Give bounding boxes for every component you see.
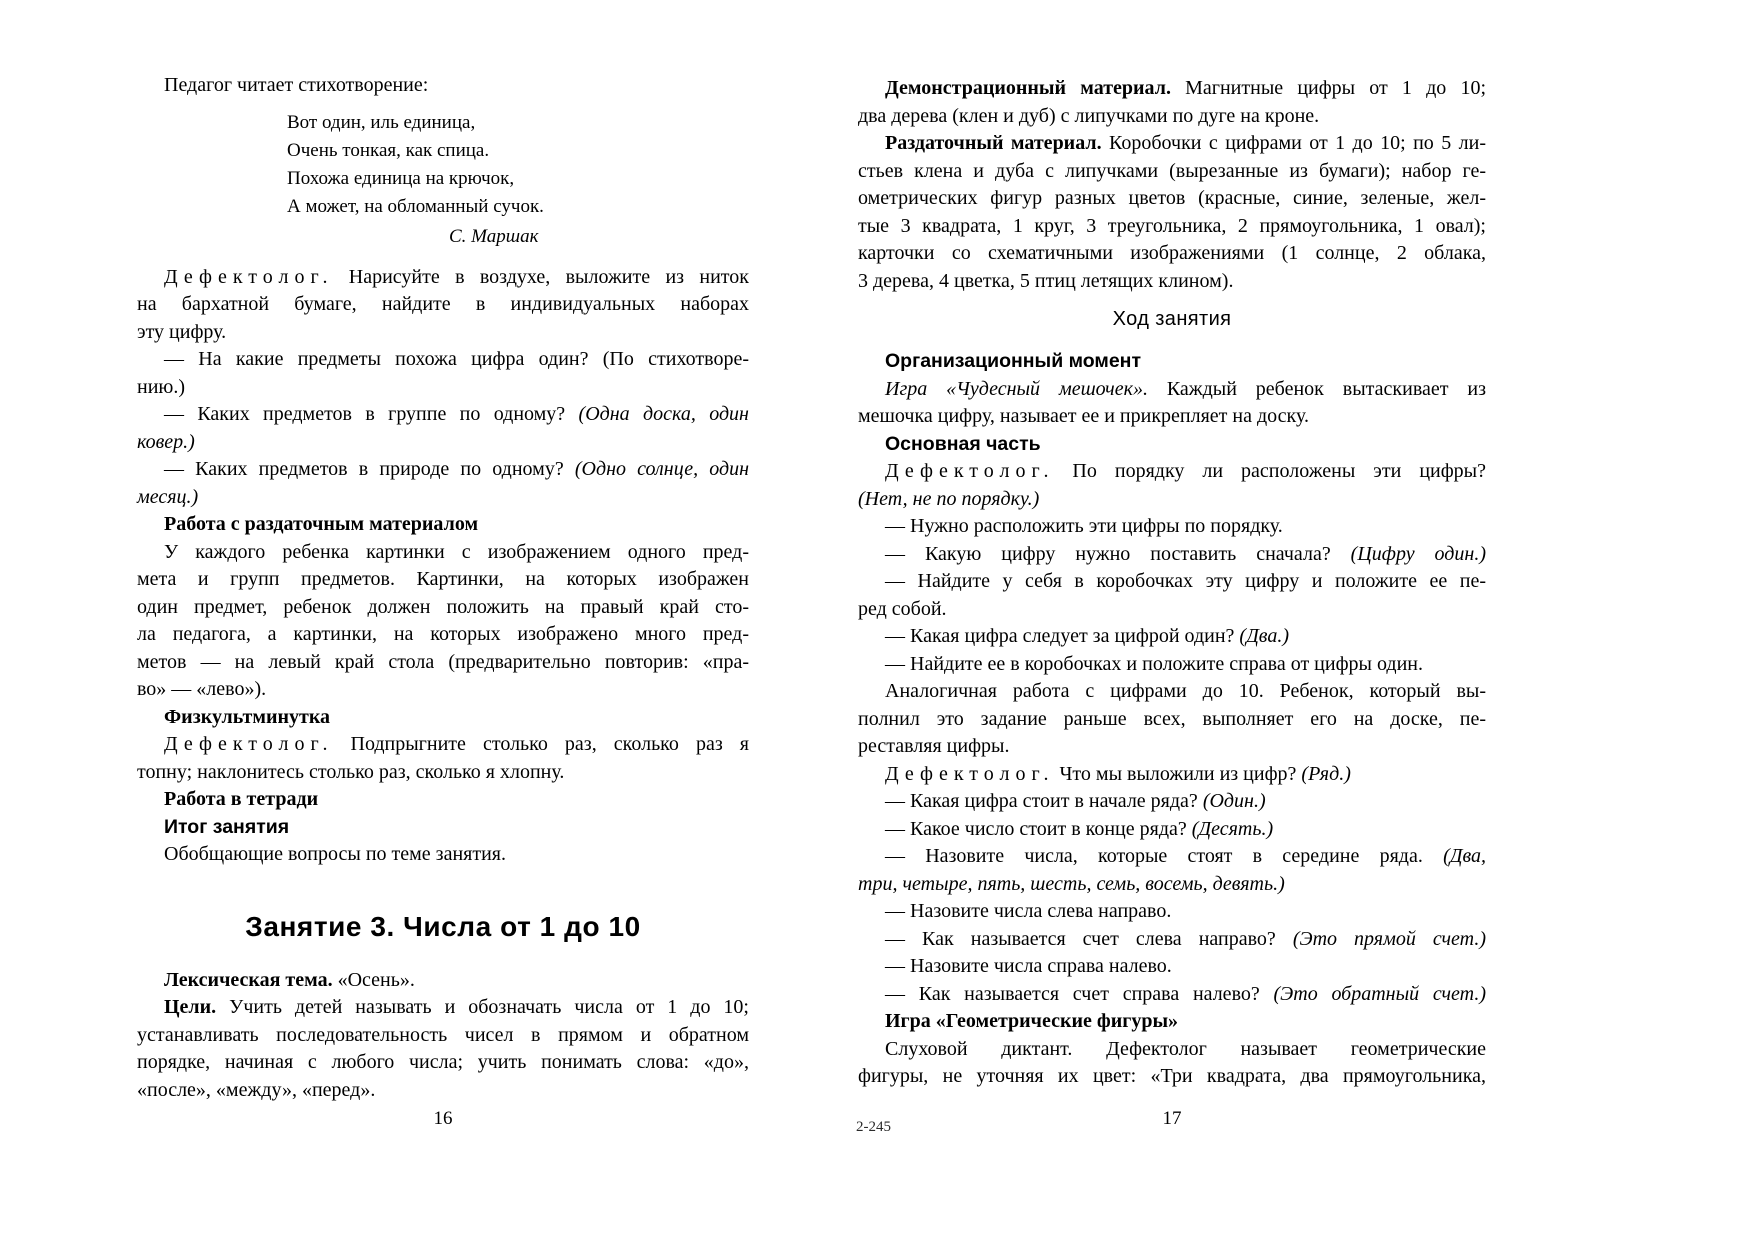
text-run: Учить детей называть и обозначать числа … [216,996,749,1018]
text-line: — Как называется счет справа налево? (Эт… [858,981,1486,1009]
speaker-label: Дефектолог. [164,266,333,288]
text-line: — Найдите у себя в коробочках эту цифру … [858,568,1486,596]
italic-run: (Цифру один.) [1351,543,1486,565]
text-line: топну; наклонитесь столько раз, сколько … [137,759,749,787]
poem-line: Похожа единица на крючок, [287,165,749,193]
text-line: реставляя цифры. [858,733,1486,761]
text-run: два дерева (клен и дуб) с липучками по д… [858,105,1319,127]
text-run: устанавливать последовательность чисел в… [137,1024,749,1046]
text-line: на бархатной бумаге, найдите в индивидуа… [137,291,749,319]
text-line: Аналогичная работа с цифрами до 10. Ребе… [858,678,1486,706]
text-line: Демонстрационный материал. Магнитные циф… [858,75,1486,103]
text-line: карточки со схематичными изображениями (… [858,240,1486,268]
text-line: — Какое число стоит в конце ряда? (Десят… [858,816,1486,844]
heading-run: Итог занятия [164,816,289,838]
text-line: Дефектолог. Подпрыгните столько раз, ско… [137,731,749,759]
text-run: Магнитные цифры от 1 до 10; [1171,77,1486,99]
lesson-title: Занятие 3. Числа от 1 до 10 [137,911,749,943]
text-run: — Назовите числа слева направо. [885,900,1171,922]
speaker-label: Дефектолог. [164,733,333,755]
page-number-left: 16 [137,1108,749,1130]
italic-run: (Два, [1443,845,1486,867]
text-run: Каждый ребенок вытаскивает из [1148,378,1486,400]
text-run: 3 дерева, 4 цветка, 5 птиц летящих клино… [858,270,1233,292]
text-run: полнил это задание раньше всех, выполняе… [858,708,1486,730]
text-run: — Каких предметов в группе по одному? [164,403,579,425]
text-run: Обобщающие вопросы по теме занятия. [164,843,506,865]
text-run: тые 3 квадрата, 1 круг, 3 треугольника, … [858,215,1486,237]
page-number-right: 17 [858,1108,1486,1130]
text-line: — Назовите числа справа налево. [858,953,1486,981]
italic-run: (Нет, не по порядку.) [858,488,1039,510]
italic-run: (Это обратный счет.) [1274,983,1487,1005]
text-line: фигуры, не уточняя их цвет: «Три квадрат… [858,1063,1486,1091]
poem: Вот один, иль единица,Очень тонкая, как … [287,109,749,251]
text-line: — Как называется счет слева направо? (Эт… [858,926,1486,954]
text-run: — Назовите числа справа налево. [885,955,1172,977]
text-line: ла педагога, а картинки, на которых изоб… [137,621,749,649]
text-line: Раздаточный материал. Коробочки с цифрам… [858,130,1486,158]
text-line: мета и групп предметов. Картинки, на кот… [137,566,749,594]
text-run: эту цифру. [137,321,226,343]
text-line: Работа с раздаточным материалом [137,511,749,539]
text-run: нию.) [137,376,185,398]
heading-run: Лексическая тема. [164,969,333,991]
text-run: один предмет, ребенок должен положить на… [137,596,749,618]
text-line: порядке, начиная с любого числа; учить п… [137,1049,749,1077]
text-run: топну; наклонитесь столько раз, сколько … [137,761,564,783]
text-line: ред собой. [858,596,1486,624]
heading-run: Игра «Геометрические фигуры» [885,1010,1178,1032]
text-line: стьев клена и дуба с липучками (вырезанн… [858,158,1486,186]
text-line: нию.) [137,374,749,402]
text-run: «после», «между», «перед». [137,1079,375,1101]
italic-run: месяц.) [137,486,198,508]
heading-run: Организационный момент [885,350,1141,372]
text-line: 3 дерева, 4 цветка, 5 птиц летящих клино… [858,268,1486,296]
text-line: Слуховой диктант. Дефектолог называет ге… [858,1036,1486,1064]
text-line: один предмет, ребенок должен положить на… [137,594,749,622]
text-line: — Каких предметов в группе по одному? (О… [137,401,749,429]
text-run: — Найдите у себя в коробочках эту цифру … [885,570,1486,592]
text-line: — Какую цифру нужно поставить сначала? (… [858,541,1486,569]
heading-run: Работа в тетради [164,788,318,810]
text-line: ковер.) [137,429,749,457]
speaker-label: Дефектолог. [885,763,1054,785]
text-line: Игра «Чудесный мешочек». Каждый ребенок … [858,376,1486,404]
text-line: Обобщающие вопросы по теме занятия. [137,841,749,869]
text-run: — Каких предметов в природе по одному? [164,458,575,480]
text-line: (Нет, не по порядку.) [858,486,1486,514]
text-line: Лексическая тема. «Осень». [137,967,749,995]
heading-run: Физкультминутка [164,706,330,728]
text-line: — Каких предметов в природе по одному? (… [137,456,749,484]
italic-run: три, четыре, пять, шесть, семь, восемь, … [858,873,1285,895]
text-run: мешочка цифру, называет ее и прикрепляет… [858,405,1309,427]
text-run: во» — «лево»). [137,678,266,700]
text-run: Подпрыгните столько раз, сколько раз я [333,733,749,755]
heading-run: Работа с раздаточным материалом [164,513,478,535]
italic-run: Игра «Чудесный мешочек». [885,378,1148,400]
heading-run: Демонстрационный материал. [885,77,1171,99]
italic-run: (Десять.) [1192,818,1273,840]
text-line: мешочка цифру, называет ее и прикрепляет… [858,403,1486,431]
text-line: — На какие предметы похожа цифра один? (… [137,346,749,374]
text-line: Игра «Геометрические фигуры» [858,1008,1486,1036]
text-line: Дефектолог. Что мы выложили из цифр? (Ря… [858,761,1486,789]
text-run: — Нужно расположить эти цифры по порядку… [885,515,1283,537]
poem-line: А может, на обломанный сучок. [287,193,749,221]
text-line: У каждого ребенка картинки с изображение… [137,539,749,567]
heading-run: Раздаточный материал. [885,132,1102,154]
text-line: Основная часть [858,431,1486,459]
text-line: полнил это задание раньше всех, выполняе… [858,706,1486,734]
text-run: Нарисуйте в воздухе, выложите из ниток [333,266,749,288]
text-run: — Какую цифру нужно поставить сначала? [885,543,1351,565]
text-run: Слуховой диктант. Дефектолог называет ге… [885,1038,1486,1060]
text-line: Организационный момент [858,348,1486,376]
text-line: три, четыре, пять, шесть, семь, восемь, … [858,871,1486,899]
text-line: «после», «между», «перед». [137,1077,749,1105]
poem-line: Очень тонкая, как спица. [287,137,749,165]
text-line: тые 3 квадрата, 1 круг, 3 треугольника, … [858,213,1486,241]
text-run: — Как называется счет слева направо? [885,928,1293,950]
text-line: — Какая цифра стоит в начале ряда? (Один… [858,788,1486,816]
text-run: По порядку ли расположены эти цифры? [1054,460,1486,482]
italic-run: (Два.) [1239,625,1289,647]
text-line: — Нужно расположить эти цифры по порядку… [858,513,1486,541]
text-line: Цели. Учить детей называть и обозначать … [137,994,749,1022]
text-run: У каждого ребенка картинки с изображение… [164,541,749,563]
text-run: на бархатной бумаге, найдите в индивидуа… [137,293,749,315]
text-run: реставляя цифры. [858,735,1009,757]
text-run: ла педагога, а картинки, на которых изоб… [137,623,749,645]
italic-run: (Одна доска, один [579,403,749,425]
text-run: порядке, начиная с любого числа; учить п… [137,1051,749,1073]
text-line: — Какая цифра следует за цифрой один? (Д… [858,623,1486,651]
text-line: ометрических фигур разных цветов (красны… [858,185,1486,213]
poem-attribution: С. Маршак [449,223,749,251]
text-line: Физкультминутка [137,704,749,732]
text-run: — Как называется счет справа налево? [885,983,1274,1005]
italic-run: (Один.) [1203,790,1266,812]
heading-run: Основная часть [885,433,1041,455]
text-run: — Какое число стоит в конце ряда? [885,818,1192,840]
text-run: стьев клена и дуба с липучками (вырезанн… [858,160,1486,182]
heading-run: Цели. [164,996,216,1018]
print-signature: 2-245 [856,1119,891,1136]
text-run: «Осень». [333,969,415,991]
text-line: — Назовите числа слева направо. [858,898,1486,926]
text-line: — Найдите ее в коробочках и положите спр… [858,651,1486,679]
text-run: фигуры, не уточняя их цвет: «Три квадрат… [858,1065,1486,1087]
page-left-text: Педагог читает стихотворение:Вот один, и… [137,72,749,1104]
text-run: ред собой. [858,598,947,620]
page-right-text: Демонстрационный материал. Магнитные циф… [858,75,1486,1091]
text-line: метов — на левый край стола (предварител… [137,649,749,677]
text-line: Педагог читает стихотворение: [137,72,749,100]
text-line: во» — «лево»). [137,676,749,704]
text-run: Что мы выложили из цифр? [1054,763,1301,785]
italic-run: (Ряд.) [1301,763,1350,785]
text-line: — Назовите числа, которые стоят в середи… [858,843,1486,871]
text-run: — Найдите ее в коробочках и положите спр… [885,653,1423,675]
text-line: эту цифру. [137,319,749,347]
text-line: Дефектолог. По порядку ли расположены эт… [858,458,1486,486]
text-run: — Какая цифра следует за цифрой один? [885,625,1239,647]
text-run: — На какие предметы похожа цифра один? (… [164,348,749,370]
text-line: месяц.) [137,484,749,512]
text-line: два дерева (клен и дуб) с липучками по д… [858,103,1486,131]
text-run: — Назовите числа, которые стоят в середи… [885,845,1443,867]
text-run: — Какая цифра стоит в начале ряда? [885,790,1203,812]
text-run: ометрических фигур разных цветов (красны… [858,187,1486,209]
text-line: Работа в тетради [137,786,749,814]
section-title: Ход занятия [858,308,1486,331]
text-run: мета и групп предметов. Картинки, на кот… [137,568,749,590]
text-run: карточки со схематичными изображениями (… [858,242,1486,264]
italic-run: (Это прямой счет.) [1293,928,1486,950]
text-line: Итог занятия [137,814,749,842]
italic-run: ковер.) [137,431,195,453]
text-run: метов — на левый край стола (предварител… [137,651,749,673]
italic-run: (Одно солнце, один [575,458,749,480]
poem-line: Вот один, иль единица, [287,109,749,137]
text-run: Педагог читает стихотворение: [164,74,428,96]
speaker-label: Дефектолог. [885,460,1054,482]
text-line: устанавливать последовательность чисел в… [137,1022,749,1050]
book-spread: Педагог читает стихотворение:Вот один, и… [0,0,1754,1241]
text-line: Дефектолог. Нарисуйте в воздухе, выложит… [137,264,749,292]
text-run: Коробочки с цифрами от 1 до 10; по 5 ли- [1102,132,1486,154]
text-run: Аналогичная работа с цифрами до 10. Ребе… [885,680,1486,702]
